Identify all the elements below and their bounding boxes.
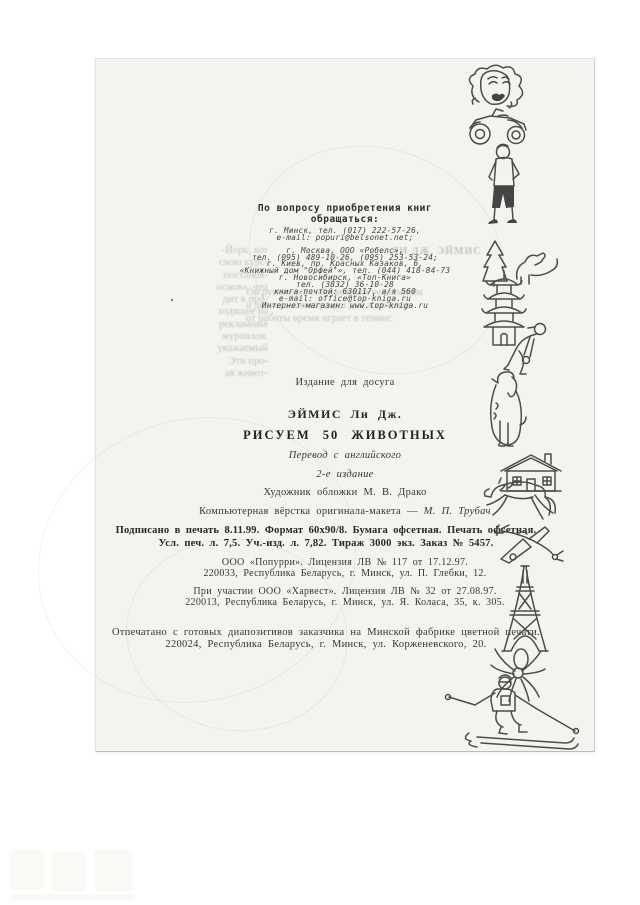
layout-credit-prefix: Компьютерная вёрстка оригинала-макета — bbox=[199, 506, 424, 517]
bleed-line: журналов. bbox=[130, 331, 268, 343]
watermark-glyph bbox=[10, 894, 135, 900]
bleed-line: рекламные bbox=[130, 319, 268, 331]
standing-man-illustration bbox=[488, 144, 519, 224]
watermark-glyph bbox=[94, 850, 132, 892]
watermark-glyph bbox=[52, 852, 86, 892]
fighter-airplane-illustration bbox=[495, 525, 563, 563]
baseball-player-illustration bbox=[504, 324, 546, 375]
cottage-house-illustration bbox=[501, 454, 561, 491]
book-page: ЛИ ДЖ. ЭЙМИС -Йорк, кот свою курс- поста… bbox=[95, 58, 595, 752]
leaping-horse-illustration bbox=[485, 478, 556, 519]
eiffel-tower-illustration bbox=[502, 566, 548, 651]
quad-bike-illustration bbox=[470, 109, 526, 144]
spider-illustration bbox=[491, 649, 545, 701]
woman-face-illustration bbox=[469, 65, 522, 108]
pagoda-illustration bbox=[482, 271, 526, 345]
illustration-strip bbox=[441, 64, 591, 752]
pine-tree-and-dinosaur-illustration bbox=[483, 241, 557, 286]
watermark-glyph bbox=[10, 850, 44, 890]
spaniel-dog-illustration bbox=[491, 372, 526, 446]
scan-canvas: ЛИ ДЖ. ЭЙМИС -Йорк, кот свою курс- поста… bbox=[0, 0, 640, 905]
scan-watermark bbox=[10, 850, 360, 900]
bleed-line: Эти про- bbox=[130, 356, 268, 368]
alpine-skier-illustration bbox=[446, 675, 579, 749]
bleed-line: уважаемый bbox=[130, 343, 268, 355]
